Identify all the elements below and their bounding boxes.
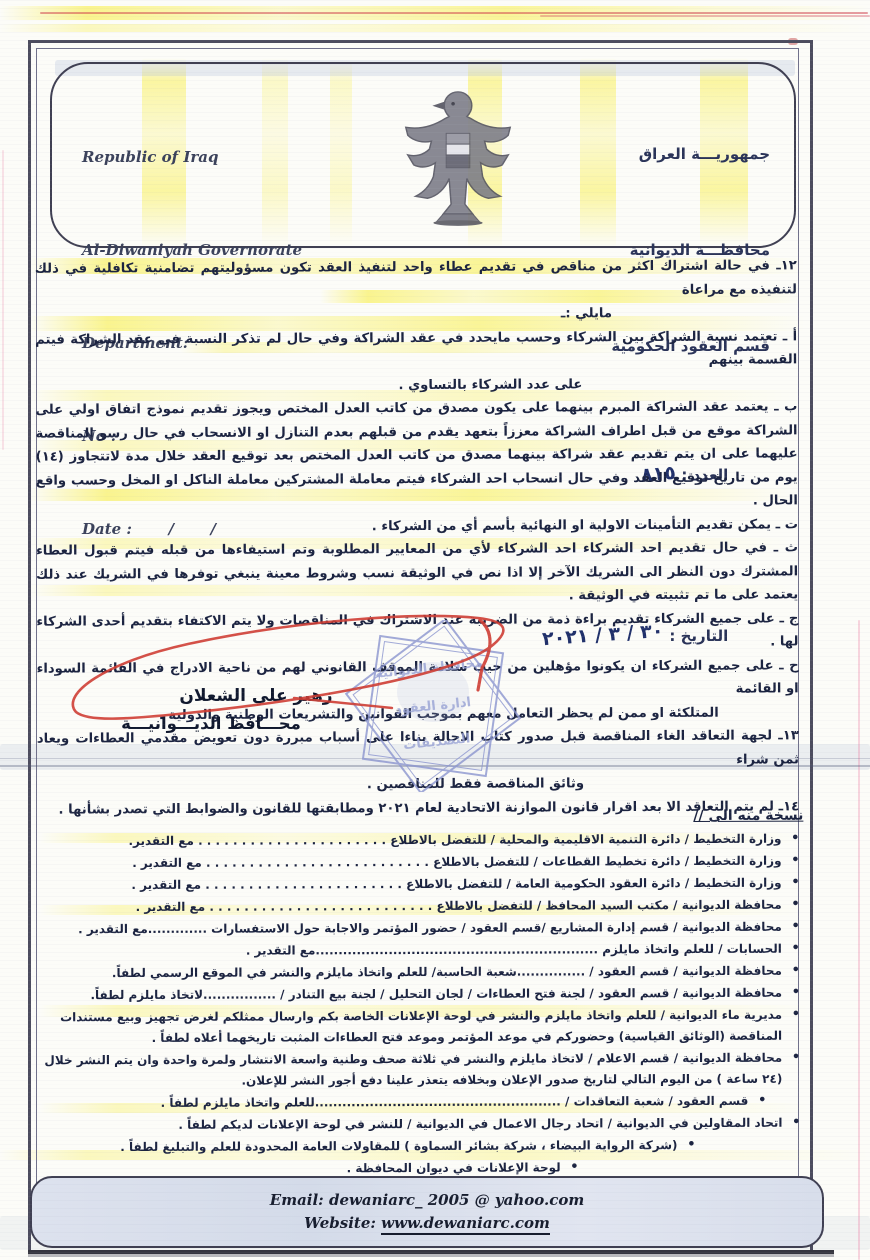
bullet-icon: •: [792, 960, 800, 981]
bullet-icon: •: [791, 872, 799, 893]
distribution-item-text: قسم العقود / شعبة التعاقدات / ..........…: [161, 1094, 749, 1110]
distribution-item-text: وزارة التخطيط / دائرة العقود الحكومية ال…: [131, 876, 781, 892]
distribution-item-text: محافظة الديوانية / قسم العقود / لجنة فتح…: [90, 986, 782, 1002]
email-row: Email: dewaniarc_ 2005 @ yahoo.com: [270, 1189, 584, 1212]
clause-12-th: ث ـ في حال تقديم احد الشركاء احد الشركاء…: [36, 536, 798, 610]
distribution-item-text: وزارة التخطيط / دائرة التنمية الاقليمية …: [128, 832, 781, 848]
distribution-item: •اتحاد المقاولين في الديوانية / اتحاد رج…: [40, 1113, 804, 1137]
website-value: www.dewaniarc.com: [381, 1214, 550, 1235]
distribution-item-text: مديرية ماء الديوانية / للعلم واتخاذ مايل…: [60, 1008, 782, 1045]
distribution-item: •الحسابات / للعلم واتخاذ مايلزم ........…: [40, 939, 804, 963]
bullet-icon: •: [791, 828, 799, 849]
bullet-icon: •: [791, 916, 799, 937]
bottom-rule: [28, 1250, 834, 1254]
distribution-item: •محافظة الديوانية / قسم العقود / لجنة فت…: [40, 983, 804, 1007]
clause-12-b: ب ـ يعتمد عقد الشراكة المبرم بينهما على …: [35, 395, 798, 516]
clause-12-a: أ ـ تعتمد نسبة الشراكة بين الشركاء وحسب …: [35, 325, 797, 375]
highlighter-streak: [0, 6, 870, 20]
distribution-item: •قسم العقود / شعبة التعاقدات / .........…: [40, 1091, 770, 1115]
distribution-list: نسخة منه الى // •وزارة التخطيط / دائرة ا…: [39, 805, 804, 1182]
distribution-item-text: وزارة التخطيط / دائرة تخطيط القطاعات / ل…: [132, 854, 781, 870]
country-name-ar: جمهوريـــة العراق: [536, 138, 770, 170]
clause-12-t: ت ـ يمكن تقديم التأمينات الاولية او النه…: [36, 513, 798, 540]
distribution-item: •محافظة الديوانية / مكتب السيد المحافظ /…: [40, 895, 804, 919]
distribution-item: •مديرية ماء الديوانية / للعلم واتخاذ ماي…: [40, 1005, 804, 1050]
website-label: Website:: [304, 1214, 376, 1232]
bullet-icon: •: [792, 1112, 800, 1133]
country-name-en: Republic of Iraq: [82, 142, 302, 173]
scanned-document-page: Republic of Iraq Al-Diwaniyah Governorat…: [0, 0, 870, 1260]
email-label: Email:: [270, 1191, 324, 1209]
bullet-icon: •: [687, 1134, 695, 1155]
iraq-eagle-emblem: [394, 76, 522, 228]
clause-12-tail: مايلي :ـ: [35, 301, 797, 328]
bullet-icon: •: [791, 894, 799, 915]
bullet-icon: •: [792, 1004, 800, 1025]
scan-scratch: [40, 12, 868, 14]
distribution-item-text: محافظة الديوانية / قسم الاعلام / لاتخاذ …: [44, 1051, 782, 1088]
distribution-item: •وزارة التخطيط / دائرة تخطيط القطاعات / …: [40, 851, 804, 875]
distribution-item-text: الحسابات / للعلم واتخاذ مايلزم .........…: [246, 942, 782, 958]
red-ink-signature: [58, 610, 528, 742]
distribution-item-text: اتحاد المقاولين في الديوانية / اتحاد رجا…: [178, 1116, 782, 1132]
distribution-item: •محافظة الديوانية / قسم الاعلام / لاتخاذ…: [40, 1048, 804, 1093]
email-value: dewaniarc_ 2005 @ yahoo.com: [329, 1191, 584, 1209]
bullet-icon: •: [791, 938, 799, 959]
footer-contact-box: Email: dewaniarc_ 2005 @ yahoo.com Websi…: [30, 1176, 824, 1248]
distribution-item: •محافظة الديوانية / قسم العقود / .......…: [40, 961, 804, 985]
eagle-beak: [432, 102, 444, 110]
bullet-icon: •: [791, 850, 799, 871]
clause-12-a-tail: على عدد الشركاء بالتساوي .: [35, 372, 797, 399]
bullet-icon: •: [570, 1156, 578, 1177]
website-row: Website: www.dewaniarc.com: [304, 1212, 550, 1235]
bullet-icon: •: [792, 1047, 800, 1068]
distribution-item-text: لوحة الإعلانات في ديوان المحافظة .: [347, 1161, 561, 1176]
distribution-item-text: محافظة الديوانية / مكتب السيد المحافظ / …: [136, 898, 782, 914]
distribution-item: •محافظة الديوانية / قسم إدارة المشاريع /…: [40, 917, 804, 941]
distribution-item: •وزارة التخطيط / دائرة العقود الحكومية ا…: [40, 873, 804, 897]
distribution-item-text: محافظة الديوانية / قسم العقود / ........…: [112, 964, 782, 980]
scan-scratch: [858, 620, 860, 1260]
bullet-icon: •: [758, 1090, 766, 1111]
distribution-title: نسخة منه الى //: [693, 808, 803, 824]
distribution-item-text: (شركة الرواية البيضاء ، شركة بشائر السما…: [120, 1138, 677, 1154]
scan-scratch: [540, 15, 870, 17]
clause-12: ١٢ـ في حالة اشتراك اكثر من مناقص في تقدي…: [35, 254, 797, 304]
distribution-item: •وزارة التخطيط / دائرة التنمية الاقليمية…: [39, 829, 803, 853]
distribution-item: •(شركة الرواية البيضاء ، شركة بشائر السم…: [41, 1135, 700, 1158]
highlighter-streak: [0, 24, 870, 32]
bullet-icon: •: [792, 982, 800, 1003]
scan-scratch: [2, 150, 4, 450]
distribution-item-text: محافظة الديوانية / قسم إدارة المشاريع /ق…: [78, 920, 782, 936]
